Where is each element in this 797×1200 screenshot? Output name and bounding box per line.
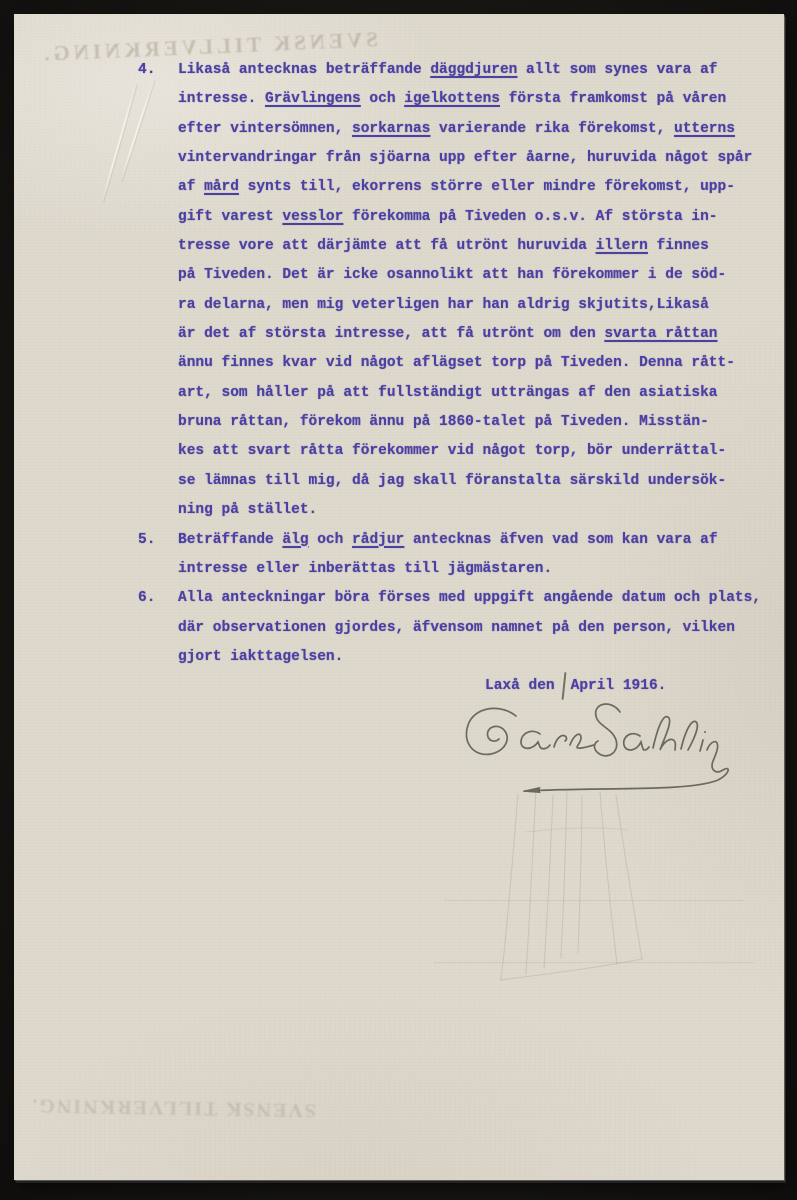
typed-text: Beträffande [178,532,282,548]
typed-line: gjort iakttagelsen. [178,643,784,672]
typed-text: ning på stället. [178,502,317,518]
typed-letter-body: 4.Likaså antecknas beträffande däggdjure… [14,56,784,702]
typed-text: ännu finnes kvar vid något aflägset torp… [178,355,735,371]
typed-text: är det af största intresse, att få utrön… [178,326,604,342]
dateline-date: April 1916. [571,678,667,694]
typed-text: efter vintersömnen, [178,121,352,137]
typed-line: efter vintersömnen, sorkarnas varierande… [178,115,784,144]
underlined-term: igelkottens [404,91,500,107]
list-item: 4.Likaså antecknas beträffande däggdjure… [14,56,784,526]
typed-text: art, som håller på att fullständigt uttr… [178,385,718,401]
typed-line: ra delarna, men mig veterligen har han a… [178,291,784,320]
typed-line: Likaså antecknas beträffande däggdjuren … [178,56,784,85]
typed-line: är det af största intresse, att få utrön… [178,320,784,349]
typed-text: gift varest [178,209,282,225]
typed-text: vintervandringar från sjöarna upp efter … [178,150,752,166]
underlined-term: illern [596,238,648,254]
typed-line: intresse. Grävlingens och igelkottens fö… [178,85,784,114]
typed-text: synts till, ekorrens större eller mindre… [239,179,735,195]
typed-line: gift varest vesslor förekomma på Tiveden… [178,203,784,232]
underlined-term: Grävlingens [265,91,361,107]
typed-text: Likaså antecknas beträffande [178,62,430,78]
typed-text: där observationen gjordes, äfvensom namn… [178,620,735,636]
underlined-term: sorkarnas [352,121,430,137]
typed-text: och [309,532,353,548]
typed-text: af [178,179,204,195]
typed-text: bruna råttan, förekom ännu på 1860-talet… [178,414,709,430]
typed-line: tresse vore att därjämte att få utrönt h… [178,232,784,261]
underlined-term: rådjur [352,532,404,548]
typed-text: förekomma på Tiveden o.s.v. Af största i… [343,209,717,225]
typed-line: kes att svart råtta förekommer vid något… [178,437,784,466]
typed-line: intresse eller inberättas till jägmästar… [178,555,784,584]
underlined-term: mård [204,179,239,195]
underlined-term: svarta råttan [604,326,717,342]
bleedthrough-rule-line [444,900,744,901]
underlined-term: vesslor [282,209,343,225]
typed-text: antecknas äfven vad som kan vara af [404,532,717,548]
item-number: 6. [138,584,155,613]
underlined-term: däggdjuren [430,62,517,78]
item-number: 5. [138,526,155,555]
typed-line: ännu finnes kvar vid något aflägset torp… [178,349,784,378]
typed-text: intresse. [178,91,265,107]
typed-line: af mård synts till, ekorrens större elle… [178,173,784,202]
typed-text: se lämnas till mig, då jag skall föranst… [178,473,726,489]
scanned-paper-sheet: SVENSK TILLVERKNING. 4.Likaså antecknas … [14,14,784,1180]
typed-line: ning på stället. [178,496,784,525]
typed-line: Beträffande älg och rådjur antecknas äfv… [178,526,784,555]
typed-text: intresse eller inberättas till jägmästar… [178,561,552,577]
typed-line: se lämnas till mig, då jag skall föranst… [178,467,784,496]
list-item: 5.Beträffande älg och rådjur antecknas ä… [14,526,784,585]
typed-text: ra delarna, men mig veterligen har han a… [178,297,709,313]
underlined-term: utterns [674,121,735,137]
typed-text: allt som synes vara af [517,62,717,78]
dateline-place: Laxå den [485,678,555,694]
faint-pencil-sketch [466,772,696,1022]
item-number: 4. [138,56,155,85]
typed-line: vintervandringar från sjöarna upp efter … [178,144,784,173]
typed-text: kes att svart råtta förekommer vid något… [178,443,726,459]
bleedthrough-watermark-bottom: SVENSK TILLVERKNING. [48,1094,316,1122]
typed-line: där observationen gjordes, äfvensom namn… [178,614,784,643]
typed-text: på Tiveden. Det är icke osannolikt att h… [178,267,726,283]
bleedthrough-rule-line [434,962,754,963]
typed-text: första framkomst på våren [500,91,726,107]
underlined-term: älg [282,532,308,548]
typed-text: varierande rika förekomst, [430,121,674,137]
list-item: 6.Alla anteckningar böra förses med uppg… [14,584,784,672]
typed-line: på Tiveden. Det är icke osannolikt att h… [178,261,784,290]
typed-line: Alla anteckningar böra förses med uppgif… [178,584,784,613]
typed-text: Alla anteckningar böra förses med uppgif… [178,590,761,606]
typed-text: finnes [648,238,709,254]
typed-text: och [361,91,405,107]
typed-line: art, som håller på att fullständigt uttr… [178,379,784,408]
typed-line: bruna råttan, förekom ännu på 1860-talet… [178,408,784,437]
typed-text: tresse vore att därjämte att få utrönt h… [178,238,596,254]
typed-text: gjort iakttagelsen. [178,649,343,665]
